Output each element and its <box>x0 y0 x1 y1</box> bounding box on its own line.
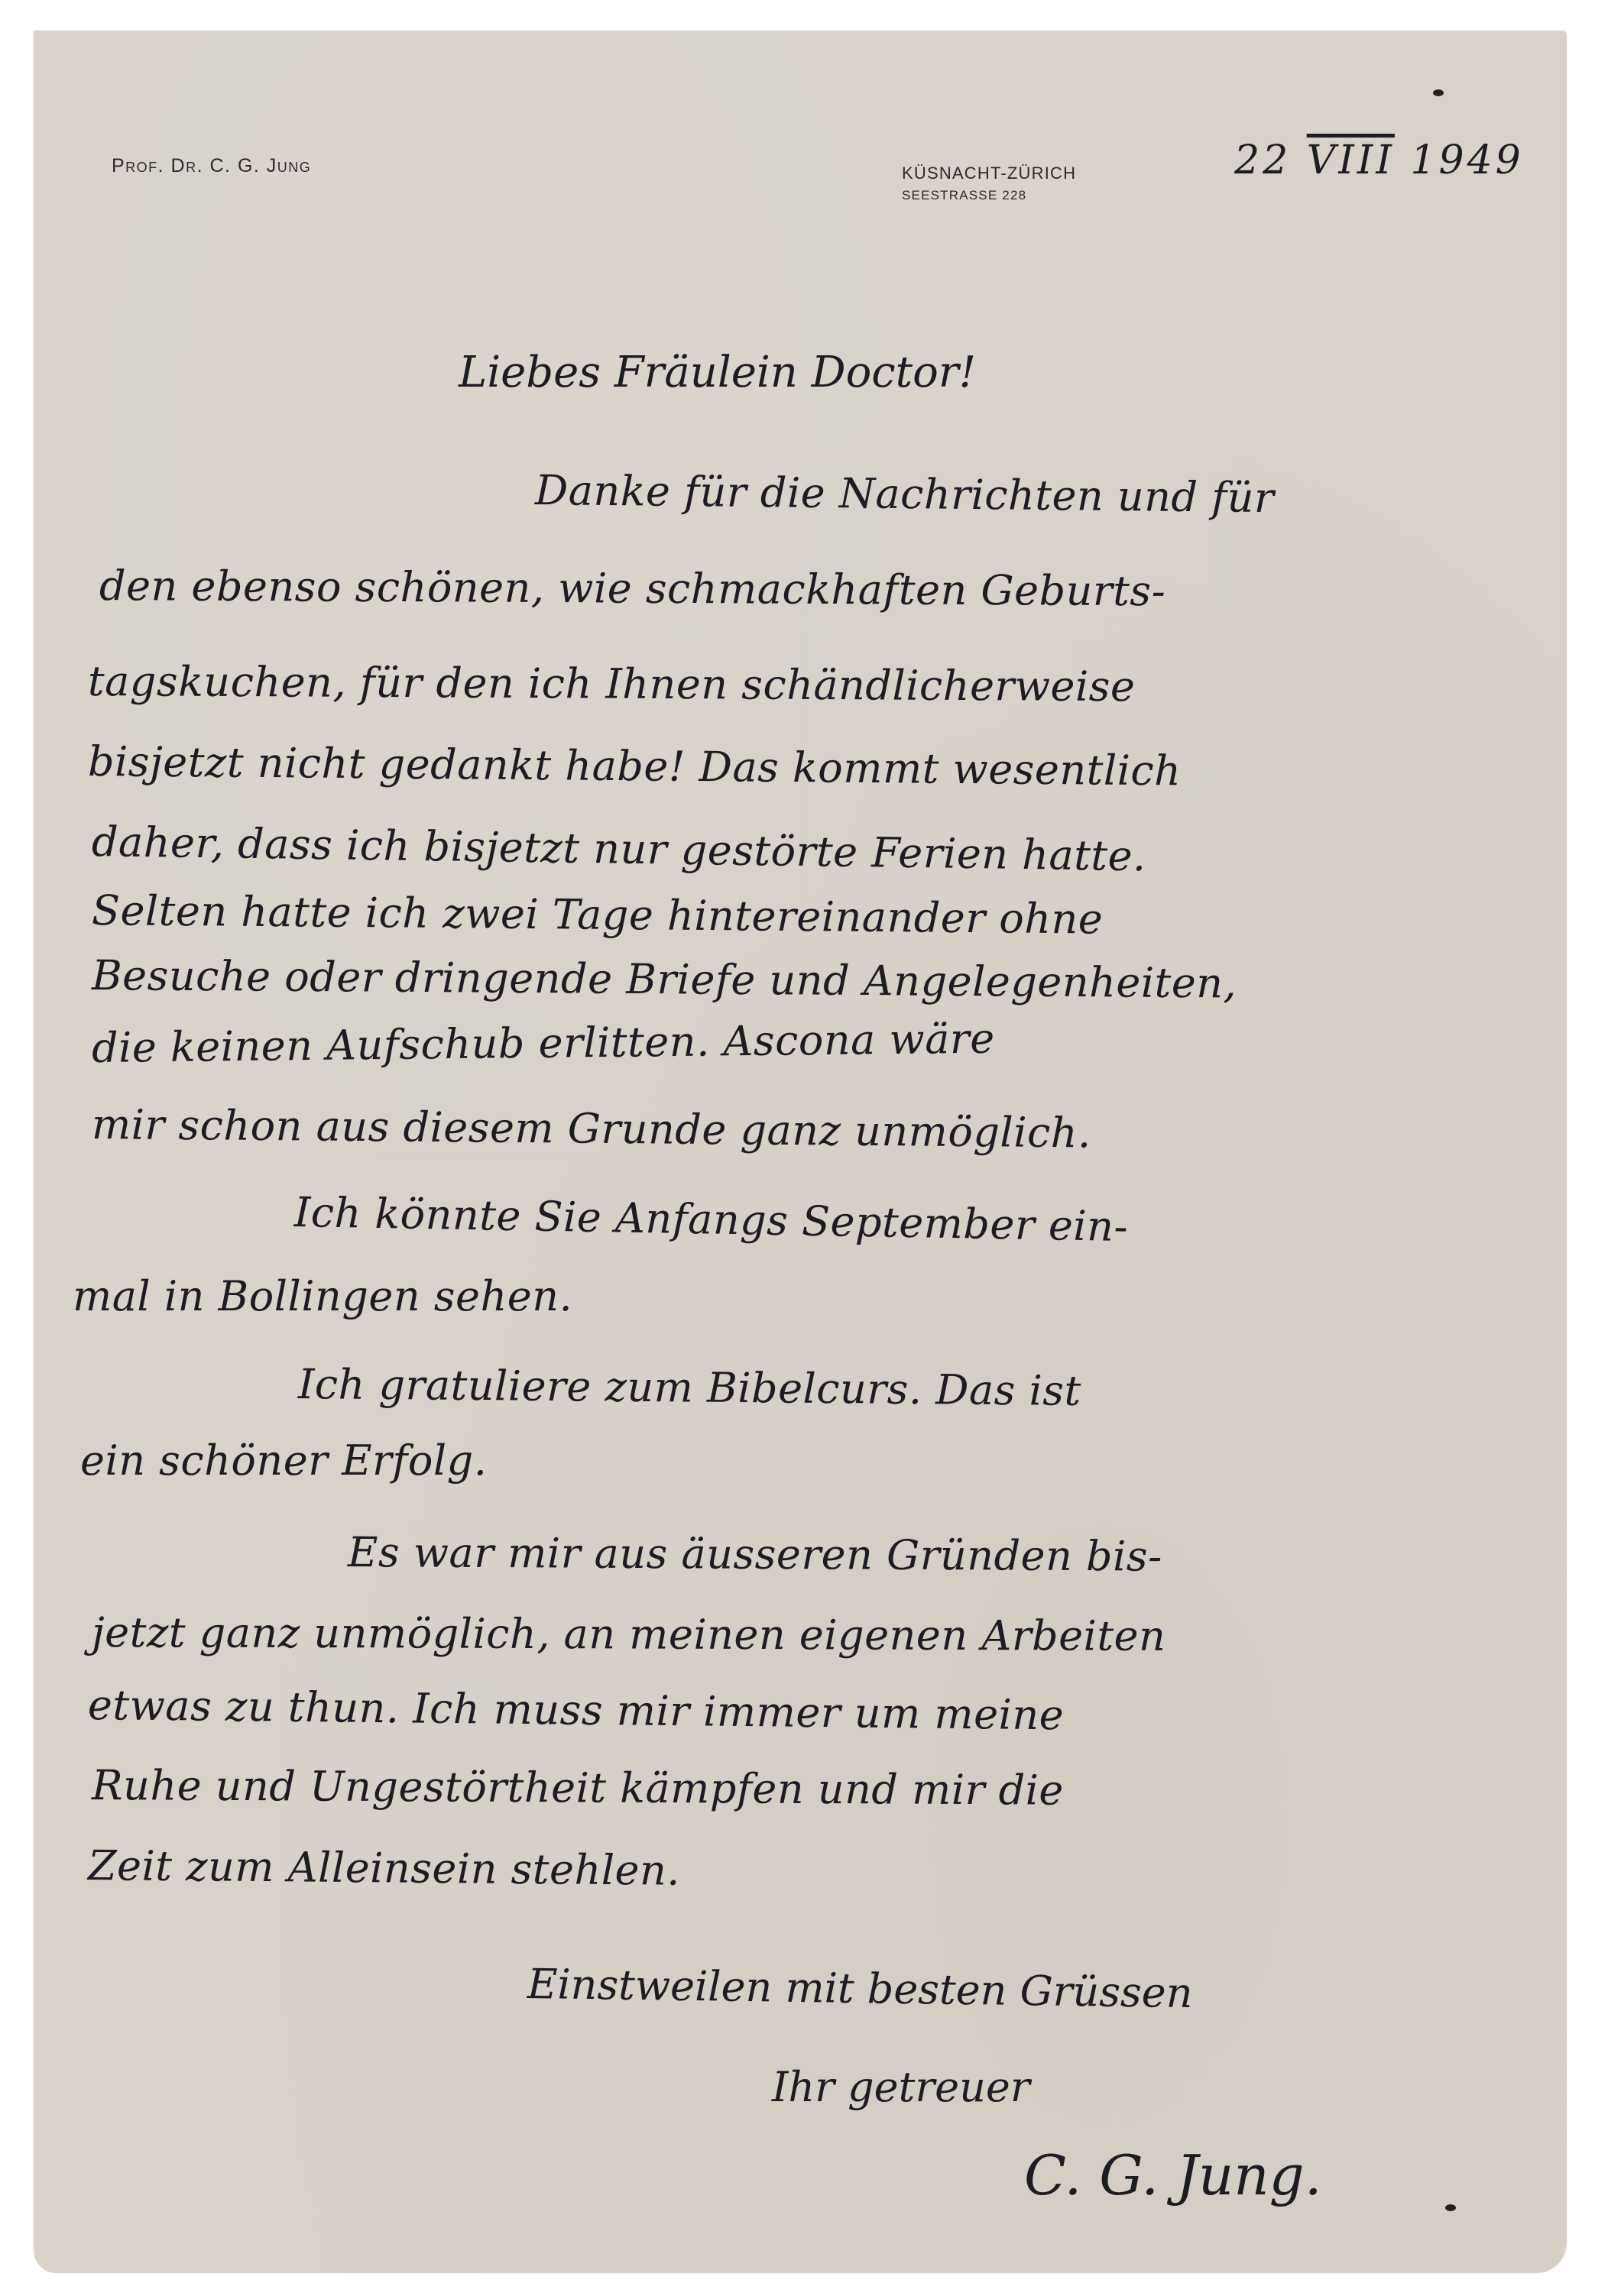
handwritten-date: 22 VIII 1949 <box>1234 138 1524 183</box>
body-line: Besuche oder dringende Briefe und Angele… <box>92 951 1237 1007</box>
body-line: ein schöner Erfolg. <box>80 1436 487 1485</box>
body-line: tagskuchen, für den ich Ihnen schändlich… <box>88 657 1136 711</box>
body-line: den ebenso schönen, wie schmackhaften Ge… <box>99 562 1166 615</box>
date-day: 22 <box>1234 138 1291 183</box>
date-month: VIII <box>1307 138 1395 183</box>
closing-greeting: Einstweilen mit besten Grüssen <box>527 1960 1193 2017</box>
body-line: mal in Bollingen sehen. <box>73 1272 572 1320</box>
body-line: etwas zu thun. Ich muss mir immer um mei… <box>88 1681 1065 1739</box>
body-line: Es war mir aus äusseren Gründen bis- <box>348 1528 1162 1581</box>
body-line: Ruhe und Ungestörtheit kämpfen und mir d… <box>92 1761 1064 1815</box>
letterhead-name: Prof. Dr. C. G. Jung <box>112 155 311 177</box>
ink-speck <box>1433 89 1444 96</box>
signature: C. G. Jung. <box>1024 2143 1322 2207</box>
ink-speck <box>1445 2204 1456 2211</box>
body-line: bisjetzt nicht gedankt habe! Das kommt w… <box>88 737 1182 795</box>
body-line: Danke für die Nachrichten und für <box>535 466 1275 522</box>
salutation: Liebes Fräulein Doctor! <box>459 348 976 397</box>
closing-valediction: Ihr getreuer <box>772 2063 1030 2111</box>
horizontal-fold-crease <box>34 1158 1567 1159</box>
body-line: Selten hatte ich zwei Tage hintereinande… <box>92 886 1104 944</box>
body-line: jetzt ganz unmöglich, an meinen eigenen … <box>92 1608 1166 1660</box>
body-line: Zeit zum Alleinsein stehlen. <box>88 1841 680 1895</box>
letterhead-street: SEESTRASSE 228 <box>902 188 1076 203</box>
date-year: 1949 <box>1410 138 1523 183</box>
letterhead-city: KÜSNACHT-ZÜRICH <box>902 164 1076 183</box>
body-line: mir schon aus diesem Grunde ganz unmögli… <box>92 1100 1091 1157</box>
letterhead-address: KÜSNACHT-ZÜRICH SEESTRASSE 228 <box>902 164 1076 203</box>
body-line: die keinen Aufschub erlitten. Ascona wär… <box>92 1015 995 1072</box>
body-line: Ich gratuliere zum Bibelcurs. Das ist <box>298 1360 1081 1415</box>
